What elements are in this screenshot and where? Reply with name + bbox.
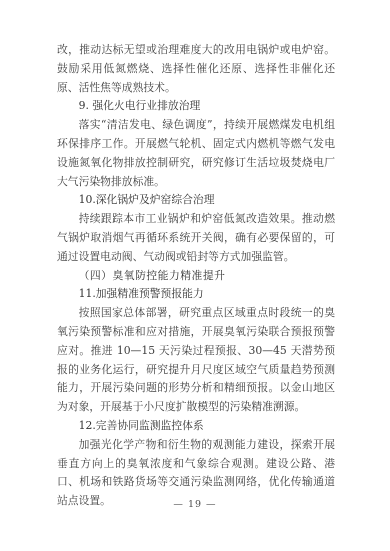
page-number: — 19 — [0, 498, 390, 512]
paragraph: 落实“清洁发电、绿色调度”，持续开展燃煤发电机组环保排序工作。开展燃气轮机、固定… [57, 116, 335, 191]
document-page: 改，推动达标无望或治理难度大的改用电锅炉或电炉窑。鼓励采用低氮燃烧、选择性催化还… [0, 0, 390, 551]
paragraph: 持续跟踪本市工业锅炉和炉窑低氮改造效果。推动燃气锅炉取消烟气再循环系统开关阀，确… [57, 210, 335, 266]
heading-item-12: 12.完善协同监测监控体系 [57, 417, 335, 436]
document-body: 改，推动达标无望或治理难度大的改用电锅炉或电炉窑。鼓励采用低氮燃烧、选择性催化还… [57, 41, 335, 511]
paragraph-continued: 改，推动达标无望或治理难度大的改用电锅炉或电炉窑。鼓励采用低氮燃烧、选择性催化还… [57, 41, 335, 97]
heading-section-4: （四）臭氧防控能力精准提升 [57, 267, 335, 286]
heading-item-9: 9. 强化火电行业排放治理 [57, 97, 335, 116]
heading-item-11: 11.加强精准预警预报能力 [57, 285, 335, 304]
paragraph: 按照国家总体部署，研究重点区域重点时段统一的臭氧污染预警标准和应对措施，开展臭氧… [57, 304, 335, 417]
heading-item-10: 10.深化锅炉及炉窑综合治理 [57, 191, 335, 210]
